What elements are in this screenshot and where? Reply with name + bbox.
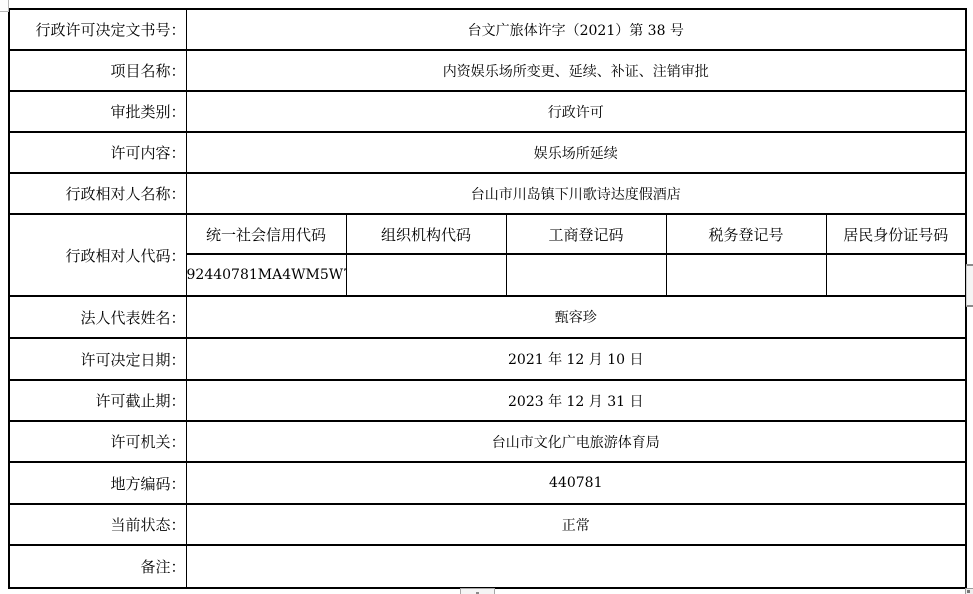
vertical-scrollbar-thumb[interactable] bbox=[966, 264, 973, 307]
table-row: 许可内容： 娱乐场所延续 bbox=[9, 132, 966, 173]
row-label-permit-content: 许可内容： bbox=[9, 132, 186, 173]
table-row: 行政许可决定文书号： 台文广旅体许字（2021）第 38 号 bbox=[9, 9, 966, 50]
horizontal-scrollbar-thumb[interactable] bbox=[460, 588, 495, 594]
row-label-legal-representative: 法人代表姓名： bbox=[9, 296, 186, 338]
code-header-resident-id: 居民身份证号码 bbox=[826, 214, 966, 254]
permit-record-table: 行政许可决定文书号： 台文广旅体许字（2021）第 38 号 项目名称： 内资娱… bbox=[8, 8, 967, 589]
row-value-approval-category: 行政许可 bbox=[186, 91, 966, 132]
table-row: 当前状态： 正常 bbox=[9, 504, 966, 545]
row-value-expiry-date: 2023 年 12 月 31 日 bbox=[186, 380, 966, 421]
row-value-document-number: 台文广旅体许字（2021）第 38 号 bbox=[186, 9, 966, 50]
scrollbar-corner bbox=[965, 588, 973, 594]
code-value-resident-id bbox=[826, 254, 966, 296]
code-value-business-registration bbox=[506, 254, 666, 296]
clipped-scroll-corner-artifact bbox=[0, 0, 9, 12]
table-row: 法人代表姓名： 甄容珍 bbox=[9, 296, 966, 338]
row-value-decision-date: 2021 年 12 月 10 日 bbox=[186, 338, 966, 380]
row-value-current-status: 正常 bbox=[186, 504, 966, 545]
table-row: 项目名称： 内资娱乐场所变更、延续、补证、注销审批 bbox=[9, 50, 966, 91]
row-value-remarks bbox=[186, 545, 966, 588]
table-row: 备注： bbox=[9, 545, 966, 588]
row-label-document-number: 行政许可决定文书号： bbox=[9, 9, 186, 50]
resize-grip-icon bbox=[967, 590, 970, 593]
table-row: 行政相对人名称： 台山市川岛镇下川歌诗达度假酒店 bbox=[9, 173, 966, 214]
code-header-business-registration: 工商登记码 bbox=[506, 214, 666, 254]
row-value-counterpart-name: 台山市川岛镇下川歌诗达度假酒店 bbox=[186, 173, 966, 214]
row-value-permit-content: 娱乐场所延续 bbox=[186, 132, 966, 173]
table-row-code-headers: 行政相对人代码： 统一社会信用代码 组织机构代码 工商登记码 税务登记号 居民身… bbox=[9, 214, 966, 254]
row-label-decision-date: 许可决定日期： bbox=[9, 338, 186, 380]
row-label-counterpart-name: 行政相对人名称： bbox=[9, 173, 186, 214]
row-value-permit-authority: 台山市文化广电旅游体育局 bbox=[186, 421, 966, 462]
row-value-legal-representative: 甄容珍 bbox=[186, 296, 966, 338]
row-label-counterpart-code: 行政相对人代码： bbox=[9, 214, 186, 296]
row-value-local-code: 440781 bbox=[186, 462, 966, 504]
code-header-tax-registration: 税务登记号 bbox=[666, 214, 826, 254]
code-header-unified-social-credit: 统一社会信用代码 bbox=[186, 214, 346, 254]
table-row: 许可截止期： 2023 年 12 月 31 日 bbox=[9, 380, 966, 421]
code-value-organization-code bbox=[346, 254, 506, 296]
code-value-unified-social-credit: 92440781MA4WM5W784 bbox=[186, 254, 346, 296]
row-label-expiry-date: 许可截止期： bbox=[9, 380, 186, 421]
row-label-remarks: 备注： bbox=[9, 545, 186, 588]
row-label-current-status: 当前状态： bbox=[9, 504, 186, 545]
table-row: 审批类别： 行政许可 bbox=[9, 91, 966, 132]
table-row: 地方编码： 440781 bbox=[9, 462, 966, 504]
code-value-tax-registration bbox=[666, 254, 826, 296]
table-row: 许可机关： 台山市文化广电旅游体育局 bbox=[9, 421, 966, 462]
permit-record-page: 行政许可决定文书号： 台文广旅体许字（2021）第 38 号 项目名称： 内资娱… bbox=[0, 0, 973, 594]
row-label-local-code: 地方编码： bbox=[9, 462, 186, 504]
row-value-project-name: 内资娱乐场所变更、延续、补证、注销审批 bbox=[186, 50, 966, 91]
row-label-approval-category: 审批类别： bbox=[9, 91, 186, 132]
row-label-permit-authority: 许可机关： bbox=[9, 421, 186, 462]
row-label-project-name: 项目名称： bbox=[9, 50, 186, 91]
code-header-organization-code: 组织机构代码 bbox=[346, 214, 506, 254]
table-row: 许可决定日期： 2021 年 12 月 10 日 bbox=[9, 338, 966, 380]
